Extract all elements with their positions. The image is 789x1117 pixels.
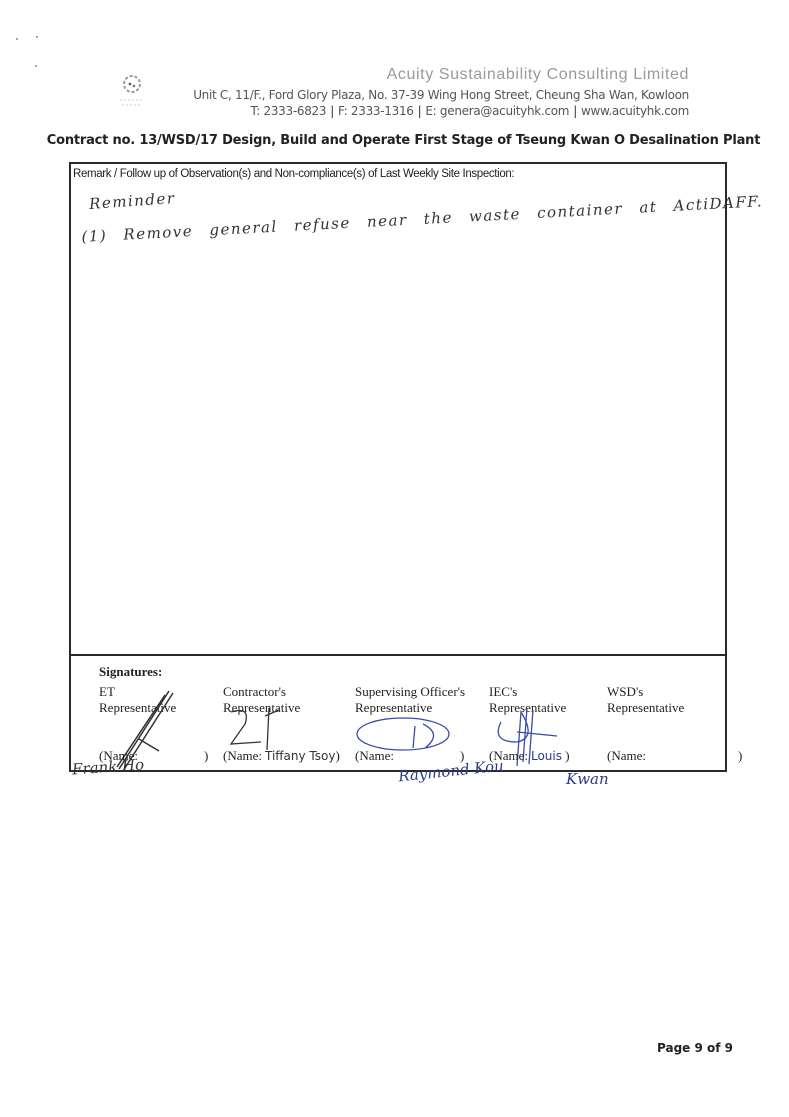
contract-title: Contract no. 13/WSD/17 Design, Build and… (0, 133, 789, 148)
handwritten-remark-line: Reminder (88, 189, 176, 213)
scan-speck (36, 36, 38, 38)
scan-speck (35, 65, 37, 67)
company-website[interactable]: www.acuityhk.com (581, 104, 689, 118)
company-email[interactable]: E: genera@acuityhk.com (425, 104, 569, 118)
company-fax: F: 2333-1316 (338, 104, 414, 118)
remark-form-box: Remark / Follow up of Observation(s) and… (69, 162, 727, 772)
signature-name-wsd: (Name:) (607, 748, 742, 764)
scan-speck (16, 38, 18, 40)
company-name: Acuity Sustainability Consulting Limited (387, 66, 689, 84)
signature-col-wsd: WSD's Representative (607, 684, 684, 716)
signatures-title: Signatures: (99, 664, 162, 680)
remark-label: Remark / Follow up of Observation(s) and… (73, 168, 514, 180)
company-logo-icon (116, 70, 156, 110)
signature-name-contractor: (Name:Tiffany Tsoy) (223, 748, 340, 764)
handwritten-name-iec: Kwan (566, 770, 609, 788)
page-number: Page 9 of 9 (657, 1041, 733, 1055)
company-contacts: T: 2333-6823|F: 2333-1316|E: genera@acui… (251, 104, 689, 118)
company-address: Unit C, 11/F., Ford Glory Plaza, No. 37-… (193, 88, 689, 102)
signature-contractor-icon (221, 704, 291, 754)
handwritten-remark-line: (1) Remove general refuse near the waste… (81, 192, 764, 246)
signature-divider (71, 654, 725, 656)
signature-role: WSD's Representative (607, 684, 684, 716)
company-tel: T: 2333-6823 (251, 104, 327, 118)
